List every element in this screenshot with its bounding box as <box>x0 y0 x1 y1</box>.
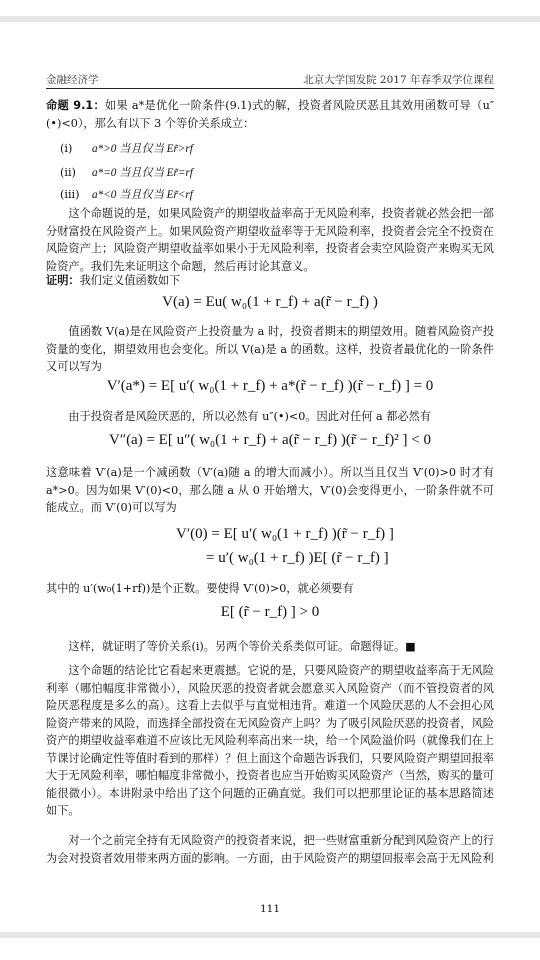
equation-expected-excess: E[ (r̃ − r_f) ] > 0 <box>46 604 494 621</box>
paragraph-2: 值函数 V(a)是在风险资产上投资量为 a 时，投资者期末的期望效用。随着风险资… <box>46 323 494 376</box>
proof-label: 证明： <box>46 274 80 287</box>
condition-1: (i)a*>0 当且仅当 Er̃>rf <box>60 140 193 156</box>
bottom-border-band <box>0 932 540 938</box>
condition-3: (iii)a*<0 当且仅当 Er̃<rf <box>60 186 193 202</box>
proposition: 命题 9.1：如果 a*是优化一阶条件(9.1)式的解，投资者风险厌恶且其效用函… <box>46 97 494 132</box>
paragraph-1: 这个命题说的是，如果风险资产的期望收益率高于无风险利率，投资者就必然会把一部分财… <box>46 205 494 275</box>
paragraph-5: 其中的 u′(w₀(1+rf))是个正数。要使得 V′(0)>0，就必须要有 <box>46 580 494 598</box>
proposition-text: 如果 a*是优化一阶条件(9.1)式的解，投资者风险厌恶且其效用函数可导（u″(… <box>46 99 494 130</box>
condition-num: (iii) <box>60 188 92 201</box>
equation-value-function: V(a) = Eu( w₀(1 + r_f) + a(r̃ − r_f) ) <box>46 294 494 311</box>
proof-intro: 证明：我们定义值函数如下 <box>46 272 494 290</box>
condition-text: a*=0 当且仅当 Er̃=rf <box>92 167 193 179</box>
proof-intro-text: 我们定义值函数如下 <box>80 274 181 287</box>
equation-second-order: V″(a) = E[ u″( w₀(1 + r_f) + a(r̃ − r_f)… <box>46 432 494 449</box>
condition-num: (i) <box>60 142 92 155</box>
header-right: 北京大学国发院 2017 年春季双学位课程 <box>303 72 494 87</box>
running-header: 金融经济学 北京大学国发院 2017 年春季双学位课程 <box>46 72 494 89</box>
paragraph-3: 由于投资者是风险厌恶的，所以必然有 u″(•)<0。因此对任何 a 都必然有 <box>46 408 494 426</box>
paragraph-6: 这样，就证明了等价关系(i)。另两个等价关系类似可证。命题得证。■ <box>46 638 494 656</box>
paragraph-4: 这意味着 V′(a)是一个减函数（V′(a)随 a 的增大而减小）。所以当且仅当… <box>46 464 494 517</box>
top-border-band <box>0 16 540 22</box>
condition-2: (ii)a*=0 当且仅当 Er̃=rf <box>60 164 193 180</box>
header-left: 金融经济学 <box>46 72 99 87</box>
condition-text: a*<0 当且仅当 Er̃<rf <box>92 189 193 201</box>
equation-v0-line1: V′(0) = E[ u′( w₀(1 + r_f) )(r̃ − r_f) ] <box>176 526 494 543</box>
page-number: 111 <box>46 903 494 915</box>
paragraph-7: 这个命题的结论比它看起来更震撼。它说的是，只要风险资产的期望收益率高于无风险利率… <box>46 662 494 820</box>
condition-text: a*>0 当且仅当 Er̃>rf <box>92 143 193 155</box>
equation-v0-line2: = u′( w₀(1 + r_f) )E[ (r̃ − r_f) ] <box>206 550 494 567</box>
equation-first-order: V′(a*) = E[ u′( w₀(1 + r_f) + a*(r̃ − r_… <box>46 378 494 395</box>
condition-num: (ii) <box>60 166 92 179</box>
proposition-label: 命题 9.1： <box>46 99 105 112</box>
paragraph-8: 对一个之前完全持有无风险资产的投资者来说，把一些财富重新分配到风险资产上的行为会… <box>46 832 494 867</box>
